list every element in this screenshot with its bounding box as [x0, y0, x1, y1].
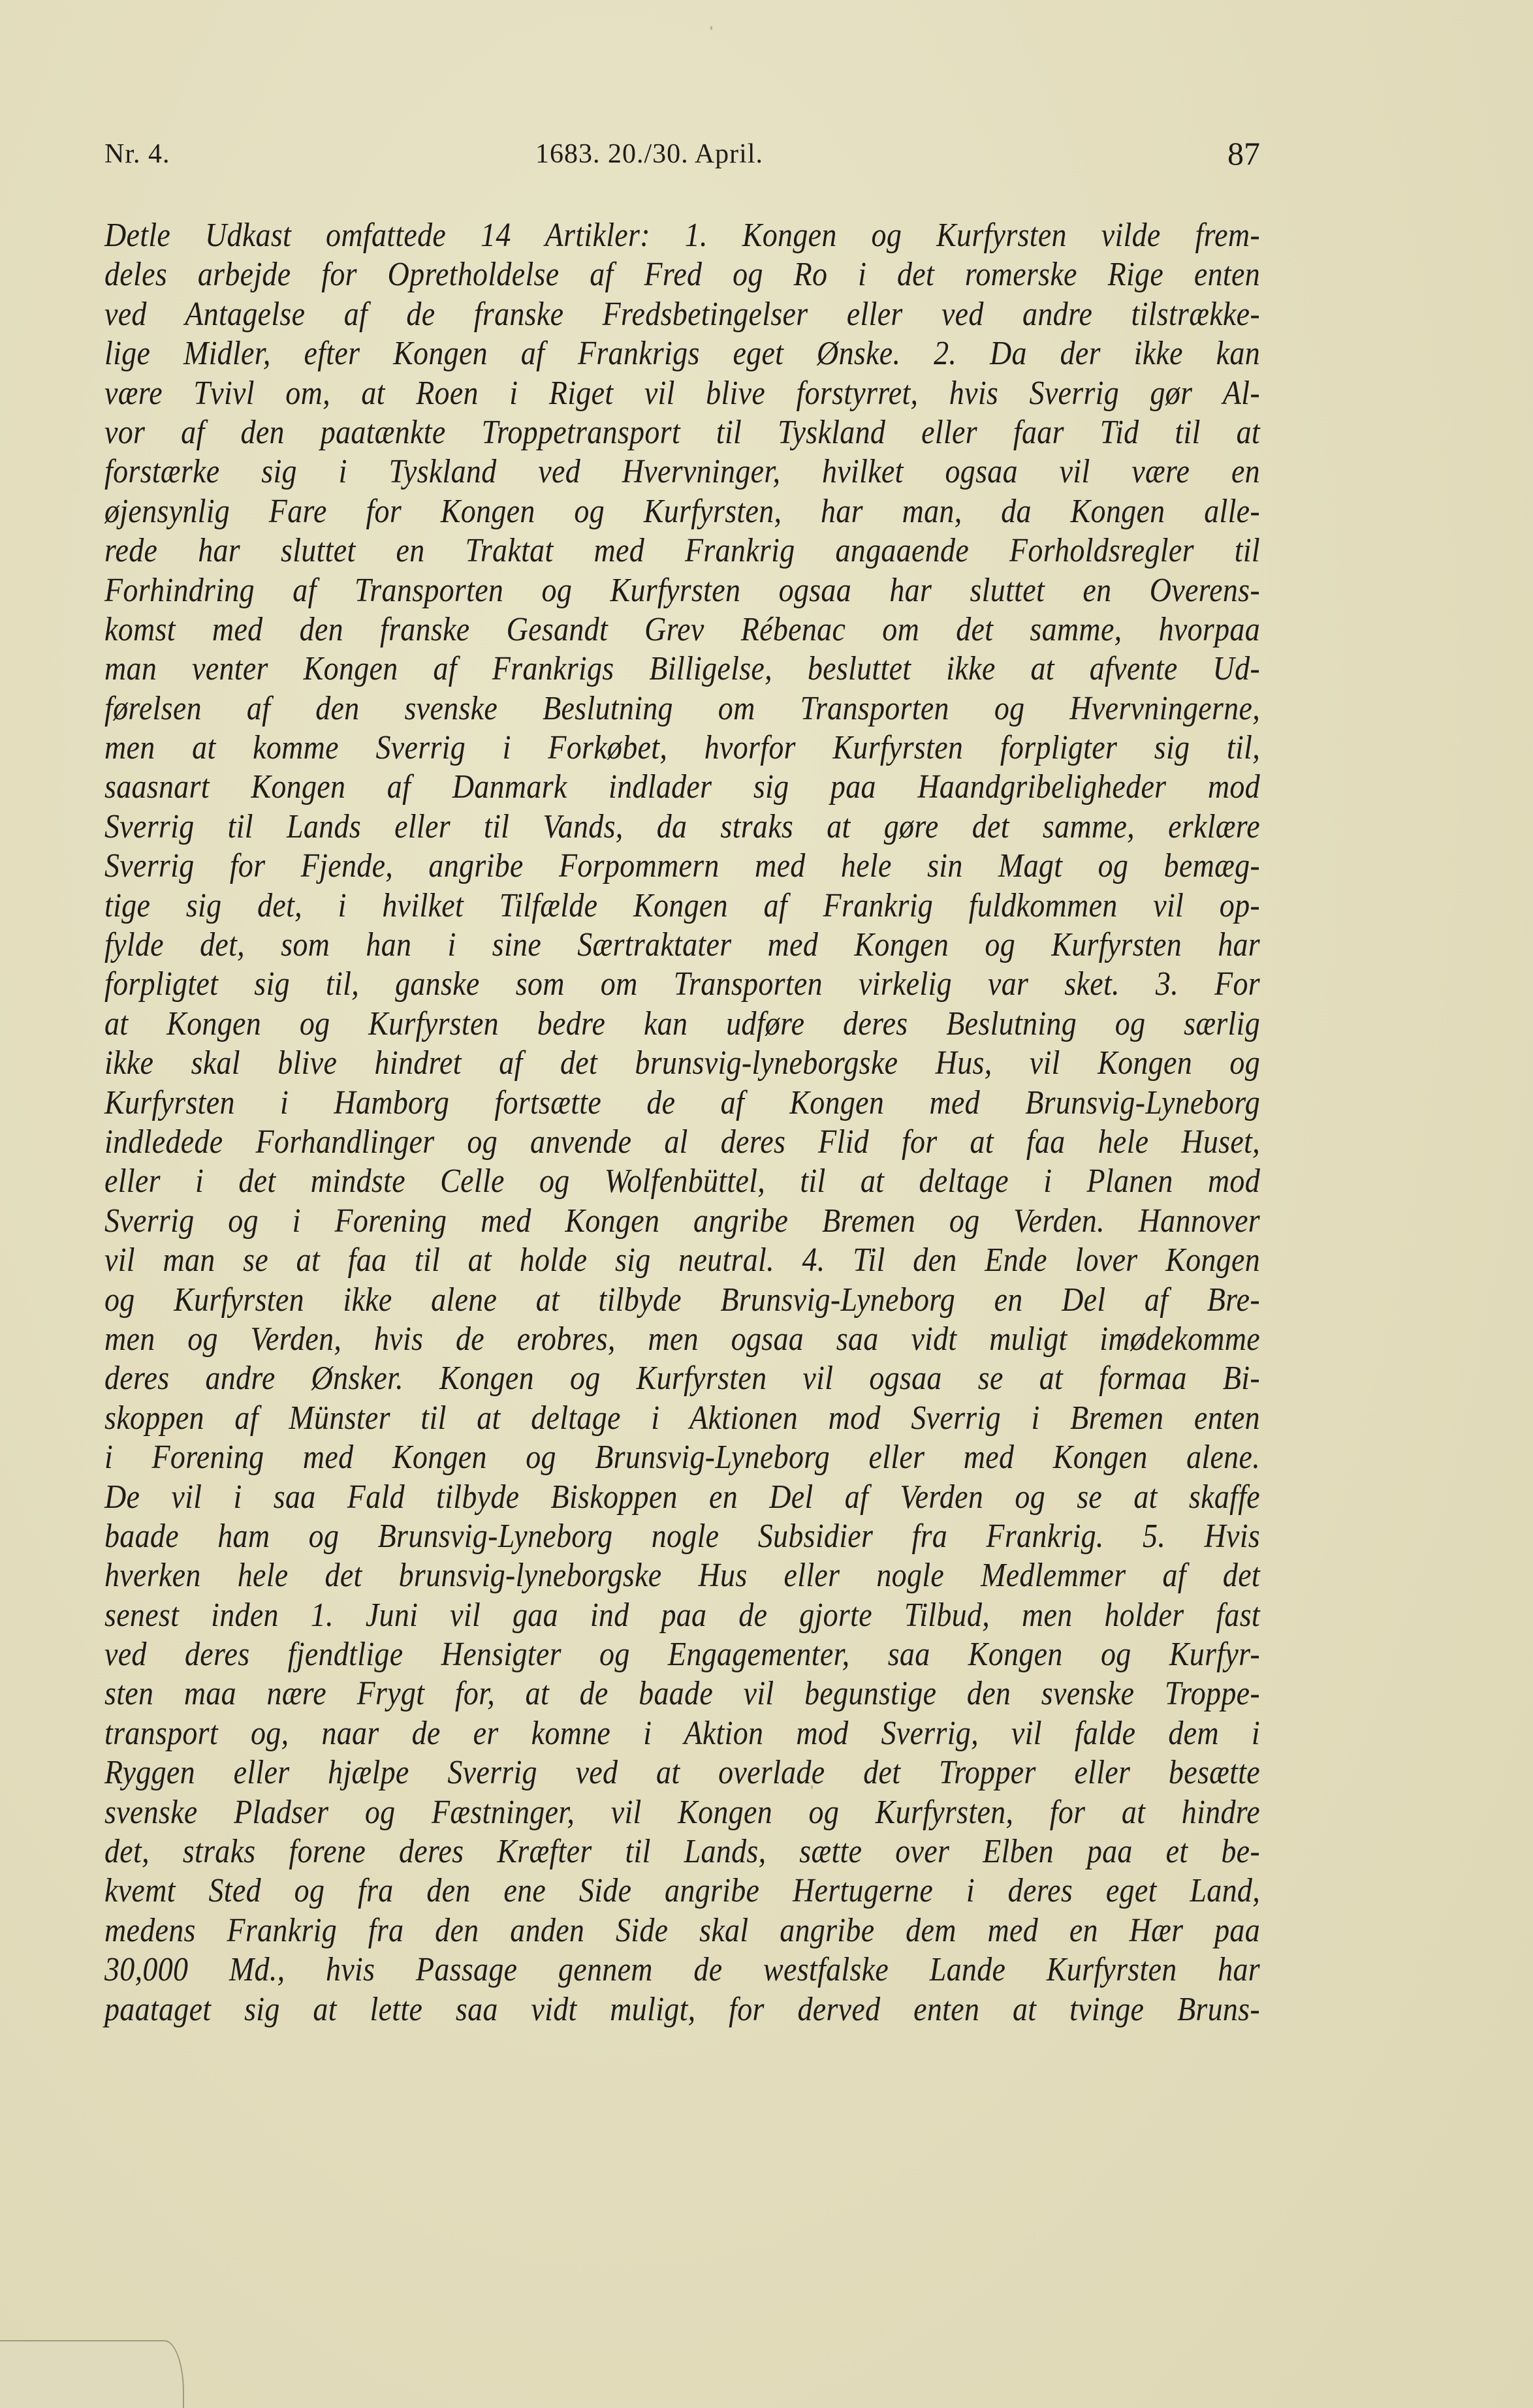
text-line: forstærke sig i Tyskland ved Hvervninger… [104, 450, 1260, 494]
body-text: Detle Udkast omfattede 14 Artikler: 1. K… [104, 215, 1260, 2068]
text-line: eller i det mindste Celle og Wolfenbütte… [104, 1159, 1260, 1204]
text-line: medens Frankrig fra den anden Side skal … [104, 1908, 1260, 1952]
text-line: at Kongen og Kurfyrsten bedre kan udføre… [104, 1001, 1260, 1046]
text-line: 30,000 Md., hvis Passage gennem de westf… [104, 1948, 1260, 1992]
document-date: 1683. 20./30. April. [535, 138, 763, 170]
text-line: kvemt Sted og fra den ene Side angribe H… [104, 1869, 1260, 1913]
text-line: paataget sig at lette saa vidt muligt, f… [104, 1987, 1260, 2031]
text-line: rede har sluttet en Traktat med Frankrig… [104, 529, 1260, 573]
text-line: Detle Udkast omfattede 14 Artikler: 1. K… [104, 213, 1260, 257]
text-line: skoppen af Münster til at deltage i Akti… [104, 1396, 1260, 1440]
paper-speck [710, 26, 712, 30]
text-line: vor af den paatænkte Troppetransport til… [104, 410, 1260, 454]
text-line: men og Verden, hvis de erobres, men ogsa… [104, 1317, 1260, 1361]
text-line [104, 2026, 1260, 2071]
running-head: Nr. 4. 1683. 20./30. April. 87 [104, 138, 1260, 178]
text-line: De vil i saa Fald tilbyde Biskoppen en D… [104, 1475, 1260, 1519]
text-line: øjensynlig Fare for Kongen og Kurfyrsten… [104, 489, 1260, 533]
text-line: Forhindring af Transporten og Kurfyrsten… [104, 568, 1260, 612]
text-line: men at komme Sverrig i Forkøbet, hvorfor… [104, 725, 1260, 770]
text-line: deres andre Ønsker. Kongen og Kurfyrsten… [104, 1356, 1260, 1401]
paper-speck [811, 1785, 813, 1789]
text-line: transport og, naar de er komne i Aktion … [104, 1711, 1260, 1755]
text-line: det, straks forene deres Kræfter til Lan… [104, 1829, 1260, 1873]
text-line: svenske Pladser og Fæstninger, vil Konge… [104, 1790, 1260, 1834]
page-tab-outline [0, 2340, 184, 2408]
text-line: sten maa nære Frygt for, at de baade vil… [104, 1672, 1260, 1716]
text-line: komst med den franske Gesandt Grev Rében… [104, 607, 1260, 651]
text-line: ved deres fjendtlige Hensigter og Engage… [104, 1632, 1260, 1676]
text-line: i Forening med Kongen og Brunsvig-Lynebo… [104, 1435, 1260, 1479]
text-line: senest inden 1. Juni vil gaa ind paa de … [104, 1593, 1260, 1637]
text-line: Sverrig for Fjende, angribe Forpommern m… [104, 844, 1260, 888]
text-line: Kurfyrsten i Hamborg fortsætte de af Kon… [104, 1080, 1260, 1125]
text-line: baade ham og Brunsvig-Lyneborg nogle Sub… [104, 1514, 1260, 1558]
text-line: tige sig det, i hvilket Tilfælde Kongen … [104, 883, 1260, 928]
page-number: 87 [1227, 134, 1260, 172]
text-line: vil man se at faa til at holde sig neutr… [104, 1238, 1260, 1283]
text-line: forpligtet sig til, ganske som om Transp… [104, 962, 1260, 1007]
document-number: Nr. 4. [104, 138, 170, 170]
text-line: ved Antagelse af de franske Fredsbetinge… [104, 292, 1260, 336]
text-line: ikke skal blive hindret af det brunsvig-… [104, 1041, 1260, 1086]
text-line: man venter Kongen af Frankrigs Billigels… [104, 647, 1260, 691]
text-line: og Kurfyrsten ikke alene at tilbyde Brun… [104, 1277, 1260, 1322]
text-line: være Tvivl om, at Roen i Riget vil blive… [104, 371, 1260, 415]
text-line: lige Midler, efter Kongen af Frankrigs e… [104, 332, 1260, 376]
text-line: deles arbejde for Opretholdelse af Fred … [104, 253, 1260, 297]
text-line: saasnart Kongen af Danmark indlader sig … [104, 765, 1260, 809]
text-line: fylde det, som han i sine Særtraktater m… [104, 922, 1260, 967]
text-line: indledede Forhandlinger og anvende al de… [104, 1119, 1260, 1164]
text-line: førelsen af den svenske Beslutning om Tr… [104, 686, 1260, 730]
text-line: hverken hele det brunsvig-lyneborgske Hu… [104, 1554, 1260, 1598]
text-line: Sverrig og i Forening med Kongen angribe… [104, 1198, 1260, 1243]
text-line: Ryggen eller hjælpe Sverrig ved at overl… [104, 1751, 1260, 1795]
text-line: Sverrig til Lands eller til Vands, da st… [104, 804, 1260, 849]
